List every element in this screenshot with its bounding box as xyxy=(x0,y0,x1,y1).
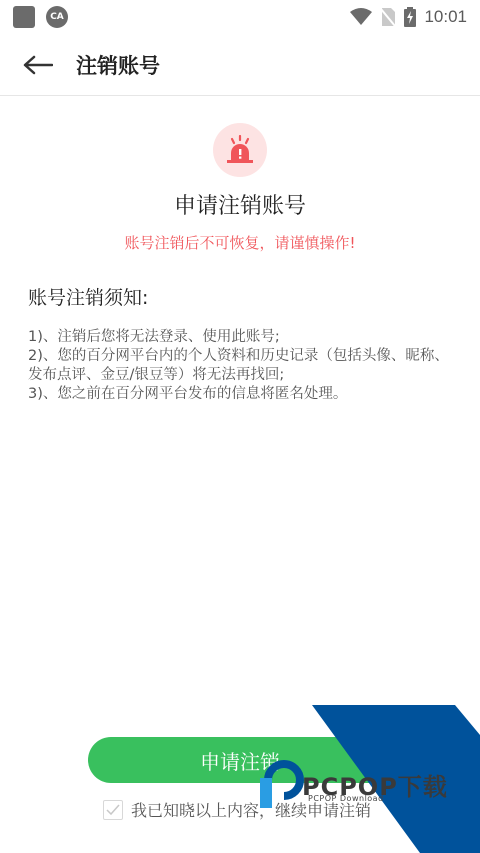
status-bar: CA 10:01 xyxy=(0,0,480,34)
notice-list: 1)、注销后您将无法登录、使用此账号; 2)、您的百分网平台内的个人资料和历史记… xyxy=(28,328,452,404)
notice-title: 账号注销须知: xyxy=(28,283,452,310)
notice-item: 3)、您之前在百分网平台发布的信息将匿名处理。 xyxy=(28,385,452,404)
agree-row[interactable]: 我已知晓以上内容，继续申请注销 xyxy=(103,798,371,821)
app-bar: 注销账号 xyxy=(0,34,480,96)
alarm-badge xyxy=(213,123,267,177)
no-sim-icon xyxy=(380,7,396,27)
checkmark-icon xyxy=(106,804,120,816)
agree-text: 我已知晓以上内容，继续申请注销 xyxy=(131,798,371,821)
notice-item: 2)、您的百分网平台内的个人资料和历史记录（包括头像、昵称、发布点评、金豆/银豆… xyxy=(28,347,452,385)
notice-item: 1)、注销后您将无法登录、使用此账号; xyxy=(28,328,452,347)
app-notification-icon: CA xyxy=(46,6,68,28)
back-button[interactable] xyxy=(0,34,76,96)
notification-square-icon xyxy=(13,6,35,28)
hero-title: 申请注销账号 xyxy=(174,189,306,220)
arrow-left-icon xyxy=(23,55,53,75)
alarm-siren-icon xyxy=(224,135,256,165)
apply-cancel-account-button[interactable]: 申请注销 xyxy=(88,737,392,783)
hero-section: 申请注销账号 账号注销后不可恢复，请谨慎操作! xyxy=(0,96,480,253)
page-title: 注销账号 xyxy=(76,50,160,80)
clock: 10:01 xyxy=(424,7,467,27)
agree-checkbox[interactable] xyxy=(103,800,123,820)
battery-charging-icon xyxy=(404,7,416,27)
warning-text: 账号注销后不可恢复，请谨慎操作! xyxy=(124,232,355,253)
notice-section: 账号注销须知: 1)、注销后您将无法登录、使用此账号; 2)、您的百分网平台内的… xyxy=(0,283,480,404)
wifi-icon xyxy=(350,8,372,26)
